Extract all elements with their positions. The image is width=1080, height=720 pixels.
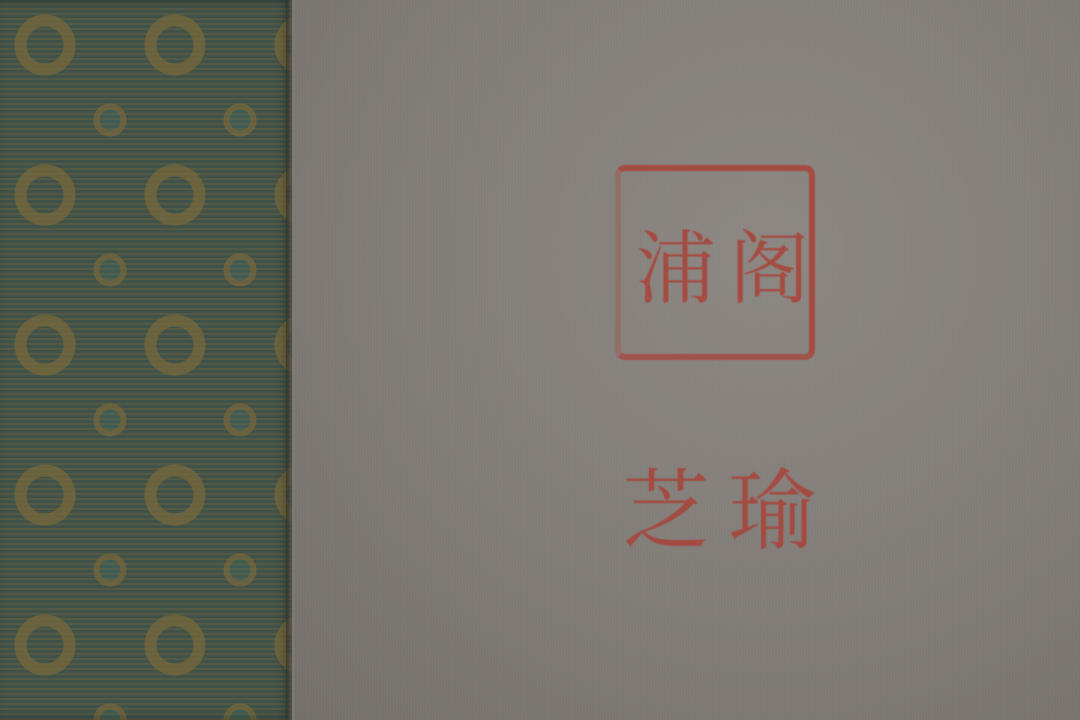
seal-character: 浦 [621, 171, 715, 354]
scroll-photo: 浦 阁 芝 瑜 [0, 0, 1080, 720]
lower-seal: 芝 瑜 [606, 405, 818, 605]
paper-surface [294, 0, 1080, 720]
silk-brocade-mounting [0, 0, 292, 720]
upper-seal: 浦 阁 [615, 165, 815, 360]
seal-character: 瑜 [712, 405, 818, 605]
seal-character: 芝 [606, 405, 712, 605]
seal-character: 阁 [715, 171, 809, 354]
